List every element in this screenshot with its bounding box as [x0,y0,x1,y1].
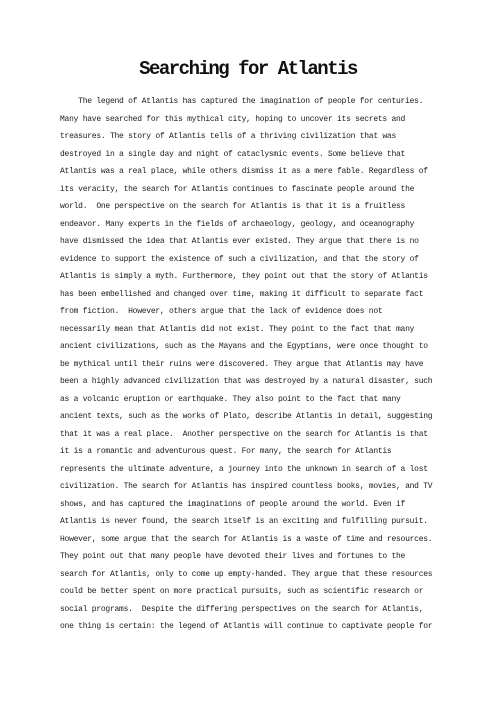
body-line: endeavor. Many experts in the fields of … [60,216,436,234]
body-line: shows, and has captured the imaginations… [60,496,436,514]
body-line: destroyed in a single day and night of c… [60,146,436,164]
document-body: The legend of Atlantis has captured the … [60,93,436,636]
body-line: have dismissed the idea that Atlantis ev… [60,233,436,251]
body-line: been a highly advanced civilization that… [60,373,436,391]
body-line: Atlantis was a real place, while others … [60,163,436,181]
body-line: search for Atlantis, only to come up emp… [60,566,436,584]
body-line: However, some argue that the search for … [60,531,436,549]
body-line: The legend of Atlantis has captured the … [60,93,436,111]
body-line: one thing is certain: the legend of Atla… [60,618,436,636]
body-line: treasures. The story of Atlantis tells o… [60,128,436,146]
body-line: it is a romantic and adventurous quest. … [60,443,436,461]
body-line: social programs. Despite the differing p… [60,601,436,619]
body-line: ancient texts, such as the works of Plat… [60,408,436,426]
body-line: ancient civilizations, such as the Mayan… [60,338,436,356]
document-page: Searching for Atlantis The legend of Atl… [0,0,496,702]
body-line: that it was a real place. Another perspe… [60,426,436,444]
body-line: necessarily mean that Atlantis did not e… [60,321,436,339]
body-line: They point out that many people have dev… [60,548,436,566]
body-line: has been embellished and changed over ti… [60,286,436,304]
body-line: Many have searched for this mythical cit… [60,111,436,129]
body-line: its veracity, the search for Atlantis co… [60,181,436,199]
body-line: Atlantis is simply a myth. Furthermore, … [60,268,436,286]
body-line: evidence to support the existence of suc… [60,251,436,269]
body-line: from fiction. However, others argue that… [60,303,436,321]
body-line: as a volcanic eruption or earthquake. Th… [60,391,436,409]
page-title: Searching for Atlantis [0,0,496,81]
body-line: Atlantis is never found, the search itse… [60,513,436,531]
body-line: be mythical until their ruins were disco… [60,356,436,374]
body-line: civilization. The search for Atlantis ha… [60,478,436,496]
body-line: could be better spent on more practical … [60,583,436,601]
body-line: represents the ultimate adventure, a jou… [60,461,436,479]
body-line: world. One perspective on the search for… [60,198,436,216]
